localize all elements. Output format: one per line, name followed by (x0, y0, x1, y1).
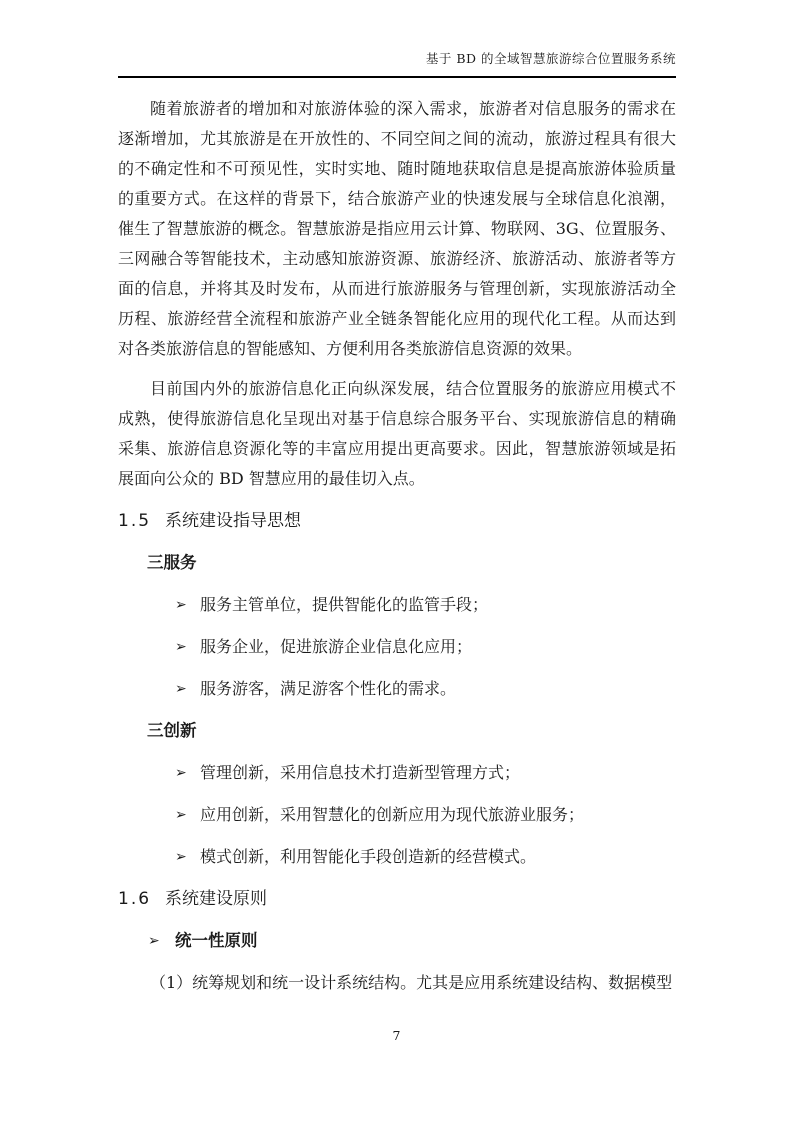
page-number: 7 (0, 1028, 793, 1044)
document-page: 基于 BD 的全域智慧旅游综合位置服务系统 随着旅游者的增加和对旅游体验的深入需… (0, 0, 793, 1122)
list-item-text: 管理创新，采用信息技术打造新型管理方式； (200, 763, 520, 782)
arrow-bullet-icon: ➢ (175, 800, 187, 830)
principle-heading-unification: ➢ 统一性原则 (118, 926, 676, 956)
running-header: 基于 BD 的全域智慧旅游综合位置服务系统 (118, 50, 676, 78)
paragraph-current-status: 目前国内外的旅游信息化正向纵深发展，结合位置服务的旅游应用模式不成熟，使得旅游信… (118, 374, 676, 494)
arrow-bullet-icon: ➢ (175, 590, 187, 620)
list-item: ➢ 服务主管单位，提供智能化的监管手段； (118, 590, 676, 620)
arrow-bullet-icon: ➢ (175, 758, 187, 788)
arrow-bullet-icon: ➢ (175, 842, 187, 872)
arrow-bullet-icon: ➢ (175, 632, 187, 662)
list-item: ➢ 管理创新，采用信息技术打造新型管理方式； (118, 758, 676, 788)
numbered-item-1: （1）统筹规划和统一设计系统结构。尤其是应用系统建设结构、数据模型 (118, 968, 676, 998)
list-item-text: 服务游客，满足游客个性化的需求。 (200, 679, 456, 698)
list-item-text: 模式创新，利用智能化手段创造新的经营模式。 (200, 847, 536, 866)
list-item: ➢ 模式创新，利用智能化手段创造新的经营模式。 (118, 842, 676, 872)
section-title: 系统建设指导思想 (165, 511, 301, 531)
section-title: 系统建设原则 (165, 889, 267, 909)
section-heading-1-6: 1.6系统建设原则 (118, 884, 676, 914)
list-item-text: 服务企业，促进旅游企业信息化应用； (200, 637, 472, 656)
list-item: ➢ 服务游客，满足游客个性化的需求。 (118, 674, 676, 704)
section-number: 1.6 (118, 889, 151, 909)
arrow-bullet-icon: ➢ (175, 674, 187, 704)
subheading-three-services: 三服务 (118, 548, 676, 578)
list-item: ➢ 应用创新，采用智慧化的创新应用为现代旅游业服务； (118, 800, 676, 830)
arrow-bullet-icon: ➢ (148, 926, 160, 956)
list-item-text: 应用创新，采用智慧化的创新应用为现代旅游业服务； (200, 805, 584, 824)
section-number: 1.5 (118, 511, 151, 531)
section-heading-1-5: 1.5系统建设指导思想 (118, 506, 676, 536)
principle-heading-text: 统一性原则 (175, 931, 258, 950)
header-title: 基于 BD 的全域智慧旅游综合位置服务系统 (426, 51, 676, 66)
subheading-three-innovations: 三创新 (118, 716, 676, 746)
paragraph-intro: 随着旅游者的增加和对旅游体验的深入需求，旅游者对信息服务的需求在逐渐增加，尤其旅… (118, 94, 676, 364)
list-item: ➢ 服务企业，促进旅游企业信息化应用； (118, 632, 676, 662)
page-content: 基于 BD 的全域智慧旅游综合位置服务系统 随着旅游者的增加和对旅游体验的深入需… (118, 0, 676, 998)
list-item-text: 服务主管单位，提供智能化的监管手段； (200, 595, 488, 614)
